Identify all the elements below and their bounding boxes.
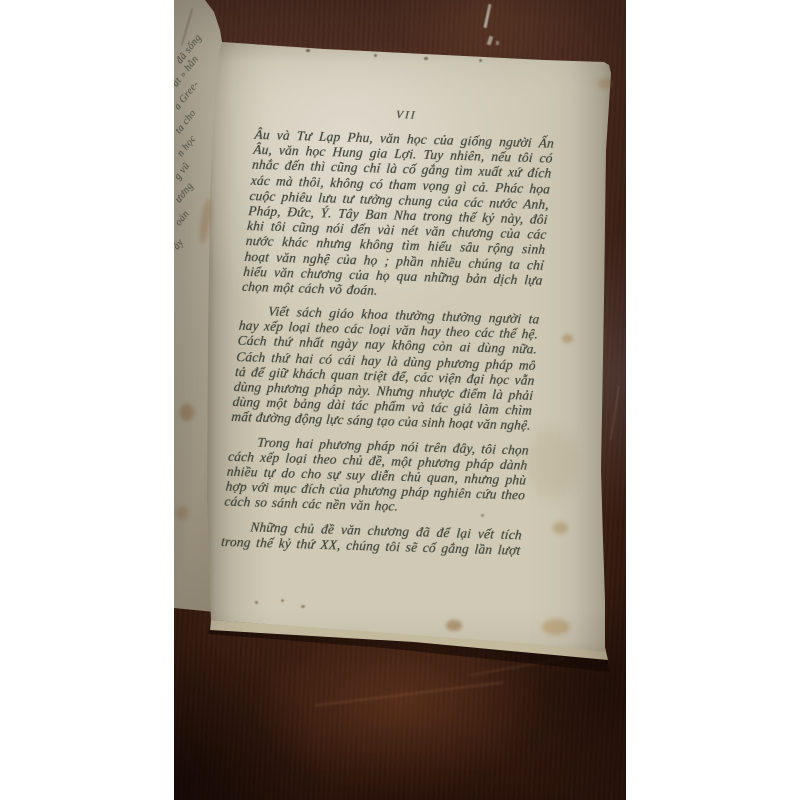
word: Trong (257, 434, 291, 450)
word: tham (388, 177, 417, 193)
page-number: VII (256, 104, 557, 127)
word: tôi (270, 219, 286, 235)
word: của (349, 267, 370, 283)
scratch-mark (487, 36, 494, 46)
word: đoán. (346, 282, 378, 298)
word: văn (273, 265, 294, 281)
word: cách (298, 280, 325, 296)
word: đây, (452, 440, 476, 456)
paragraph: Viếtsáchgiáokhoathườngthườngngườitahayxế… (231, 303, 540, 433)
word: suy (346, 467, 366, 483)
word: lực (325, 412, 344, 428)
word: trên (424, 439, 448, 455)
word: văn (395, 323, 416, 339)
word: vết (477, 526, 494, 542)
word: bản (465, 270, 487, 286)
word: Âu, (253, 142, 273, 158)
word: học (305, 144, 326, 160)
word: theo (445, 324, 470, 340)
word: nhưng (316, 235, 352, 251)
word: pháp (401, 484, 430, 500)
word: của (329, 482, 350, 498)
word: quan (330, 367, 359, 383)
word: dùng (232, 394, 261, 410)
word: Nhưng (376, 383, 414, 399)
word: văn (350, 498, 371, 514)
word: nữa. (512, 341, 538, 357)
word: để (250, 364, 264, 380)
scratch-mark (496, 41, 499, 45)
word: loại (368, 322, 391, 338)
word: hay (238, 318, 259, 334)
word: tìm (454, 163, 473, 179)
word: hiểu (427, 239, 452, 255)
word: phần (396, 253, 425, 269)
word: Phu, (347, 130, 374, 146)
word: đôi (529, 211, 548, 227)
word: thường (395, 308, 436, 324)
word: dùng (477, 340, 506, 356)
word: tạo (376, 414, 395, 430)
word: phẩm (374, 398, 406, 414)
word: của (438, 193, 459, 209)
word: họ (375, 268, 390, 284)
word: Những (250, 519, 288, 535)
word: tôi (385, 538, 401, 554)
word: phương (417, 454, 461, 470)
word: các (527, 226, 547, 242)
word: có (369, 176, 383, 192)
word: là (386, 353, 398, 369)
word: của (500, 226, 521, 242)
word: hai (295, 350, 314, 366)
word: hai (295, 435, 314, 451)
paragraph: ÂuvàTưLạpPhu,vănhọccủagiốngngườiẤnÂu,văn… (241, 127, 554, 303)
word: mất (231, 409, 253, 425)
word: phiêu (281, 189, 313, 205)
word: sáng (347, 413, 374, 429)
word: sách (296, 305, 323, 321)
word: phù (505, 472, 527, 488)
word: các (463, 194, 483, 210)
word: cả. (472, 179, 490, 195)
word: tác (430, 400, 448, 416)
word: của (433, 132, 454, 148)
word: khoa (361, 307, 389, 323)
word: loại (288, 320, 311, 336)
word: giả (454, 401, 473, 417)
word: pháp (314, 381, 343, 397)
word: ngày (330, 336, 358, 352)
word: gia (369, 146, 388, 162)
word: xếp (263, 319, 283, 335)
word: học. (374, 499, 399, 515)
word: Phác (494, 180, 524, 196)
word: để (436, 525, 450, 541)
text-block: VII ÂuvàTưLạpPhu,vănhọccủagiốngngườiẤnÂu… (220, 104, 556, 558)
word: không (391, 338, 426, 354)
word: quan, (426, 470, 458, 486)
word: tự (263, 465, 276, 481)
word: kỷ (481, 210, 495, 226)
word: dành (499, 457, 528, 473)
word: hợp (225, 479, 247, 495)
word: Lợi. (394, 146, 418, 162)
scratch-mark (610, 385, 621, 440)
word: cũng (292, 219, 320, 235)
word: tác (351, 398, 369, 414)
word: theo (315, 320, 340, 336)
word: Ý. (320, 205, 332, 221)
word: qua (396, 268, 418, 284)
word: Anh, (523, 196, 550, 212)
word: và (411, 399, 425, 415)
word: XX, (320, 536, 342, 552)
word: rộng (487, 240, 514, 256)
word: cố (402, 162, 416, 178)
word: pháp (485, 356, 514, 372)
word: sinh (521, 241, 545, 257)
word: những (424, 269, 460, 285)
word: chúng (346, 537, 381, 553)
word: để, (392, 368, 410, 384)
word: chìm (505, 402, 533, 418)
word: khác (281, 234, 308, 250)
word: chỉ (526, 257, 544, 273)
word: chỉ (363, 161, 381, 177)
word: đích (301, 481, 326, 497)
word: nước (489, 195, 518, 211)
word: hay (420, 324, 441, 340)
word: Tây (338, 206, 360, 222)
word: cứu (475, 486, 497, 502)
word: gì (455, 179, 467, 195)
word: của (336, 251, 357, 267)
word: phải (508, 387, 534, 403)
word: văn (340, 522, 361, 538)
word: cách (227, 449, 254, 465)
word: vọng (422, 178, 450, 194)
word: nhược (419, 384, 455, 400)
word: vài (377, 222, 395, 238)
photo-canvas: đã sốngất » hẳna Gree-ta chon họcg vũươn… (0, 0, 800, 800)
word: hệ. (521, 327, 539, 343)
word: thì (310, 159, 326, 175)
word: có (539, 151, 553, 167)
word: nhắc (251, 157, 279, 173)
word: so (254, 495, 268, 511)
book-photo: đã sốngất » hẳna Gree-ta chon họcg vũươn… (174, 0, 626, 800)
word: Cách (237, 333, 267, 349)
word: Viết (267, 304, 290, 320)
word: là (386, 161, 398, 177)
word: nghiên (433, 485, 472, 501)
word: văn (425, 223, 446, 239)
word: làm (478, 401, 500, 417)
word: và (276, 128, 290, 144)
word: trong (220, 533, 251, 549)
word: sánh (271, 496, 298, 512)
word: sự (327, 467, 341, 483)
word: giữ (269, 365, 289, 381)
word: võ (328, 281, 342, 297)
word: này. (348, 382, 372, 398)
word: tưởng (359, 191, 393, 207)
word: lượt (497, 542, 521, 558)
word: động (294, 411, 323, 427)
word: Âu (254, 127, 270, 143)
word: một (273, 280, 295, 296)
word: Lạp (318, 129, 341, 145)
word: một (391, 453, 413, 469)
word: không (359, 237, 394, 253)
word: tả (234, 364, 246, 380)
word: gắng (421, 162, 450, 178)
word: nhiều (226, 464, 258, 480)
word: thôi, (298, 174, 324, 190)
word: tư (342, 190, 355, 206)
word: đề (320, 521, 334, 537)
word: văn (275, 249, 296, 265)
word: các (344, 321, 364, 337)
word: cho (301, 466, 322, 482)
word: nhiều (430, 254, 462, 270)
word: văn (379, 131, 400, 147)
word: cũng (330, 160, 358, 176)
word: pháp (367, 438, 396, 454)
word: Ban (365, 206, 388, 222)
word: xác (250, 173, 270, 189)
word: diễn (370, 468, 395, 484)
word: Hung (332, 145, 364, 161)
word: chủ (400, 469, 421, 485)
word: chương (300, 265, 343, 281)
word: sâu (459, 240, 479, 256)
word: Tư (296, 128, 312, 144)
word: cố (422, 539, 436, 555)
word: viện (438, 370, 462, 386)
word: trong (422, 208, 453, 224)
word: nét (401, 223, 419, 239)
word: ai (459, 340, 471, 356)
word: cách (224, 494, 251, 510)
word: hiểu (243, 264, 268, 280)
word: Tuy (423, 147, 444, 163)
word: do (281, 465, 296, 481)
word: văn (476, 417, 497, 433)
word: thường (441, 309, 482, 325)
word: nước (245, 233, 274, 249)
word: theo (312, 451, 337, 467)
word: thế (458, 209, 476, 225)
word: dài (327, 397, 346, 413)
word: Ấn (538, 135, 554, 151)
word: Pháp, (248, 203, 282, 219)
word: lần (474, 541, 493, 557)
word: nhất (298, 335, 324, 351)
word: Đức, (287, 204, 315, 220)
scratch-mark (315, 681, 504, 706)
word: nghệ (302, 250, 330, 266)
word: đích (527, 166, 552, 182)
word: sẽ (405, 539, 418, 555)
word: tôi (517, 150, 533, 166)
paragraph: Tronghaiphươngphápnóitrênđây,tôichọncách… (224, 433, 530, 518)
word: ; (384, 253, 390, 268)
word: phương (437, 354, 481, 370)
word: người (499, 134, 533, 150)
word: nhiên, (450, 148, 485, 164)
word: mô (518, 357, 536, 373)
word: tôi (481, 441, 497, 457)
word: còn (432, 339, 453, 355)
word: xứ (507, 165, 522, 181)
word: mục (273, 480, 297, 496)
word: dịch (493, 271, 518, 287)
word: nói (400, 439, 419, 455)
word: với (251, 480, 270, 496)
word: phương (354, 483, 398, 499)
word: phương (319, 436, 363, 452)
word: đã (415, 524, 430, 540)
word: ta (528, 312, 540, 328)
word: ta (509, 256, 521, 272)
word: bảng (293, 396, 322, 412)
word: loại (285, 450, 308, 466)
word: nay (364, 337, 385, 353)
word: nền (325, 497, 346, 513)
word: thế (499, 326, 517, 342)
word: học (489, 371, 510, 387)
word: nhưng (464, 471, 500, 487)
word: xuất (478, 164, 503, 180)
word: gắng (441, 540, 470, 556)
word: một (266, 395, 288, 411)
word: thứ (273, 334, 293, 350)
word: pháp (466, 456, 495, 472)
word: chủ (294, 520, 315, 536)
word: đại (466, 371, 485, 387)
word: dùng (233, 379, 262, 395)
word: phương (266, 380, 310, 396)
word: giáo (329, 306, 355, 322)
word: tìm (401, 238, 420, 254)
word: các (474, 325, 494, 341)
word: thứ (296, 536, 316, 552)
word: điểm (459, 386, 487, 402)
word: đề, (368, 453, 386, 469)
word: chương (451, 224, 494, 240)
word: có (319, 351, 333, 367)
word: tích (500, 527, 522, 543)
word: đường (255, 410, 292, 426)
word: dùng (403, 353, 432, 369)
word: khách (292, 365, 326, 381)
word: chủ (342, 452, 363, 468)
scratch-mark (484, 4, 492, 28)
word: người (488, 310, 522, 326)
word: các (413, 369, 433, 385)
word: văn (278, 143, 299, 159)
word: xếp (260, 450, 280, 466)
word: hay (360, 352, 381, 368)
word: thứ (271, 350, 291, 366)
word: mà (275, 173, 293, 189)
word: giống (460, 133, 493, 149)
word: vẫn (514, 372, 535, 388)
word: kỷ (278, 535, 292, 551)
word: họ (363, 252, 378, 268)
word: chọn (501, 442, 529, 458)
word: hoạt (448, 416, 474, 432)
word: này, (500, 210, 524, 226)
book-page: VII ÂuvàTưLạpPhu,vănhọccủagiốngngườiẤnÂu… (204, 40, 616, 660)
word: họa (529, 181, 551, 197)
word: khi (246, 218, 264, 234)
word: lưu (318, 190, 338, 206)
word: nói (326, 220, 345, 236)
word: của (398, 414, 419, 430)
word: học (406, 132, 427, 148)
word: các (302, 496, 322, 512)
word: đến (284, 158, 305, 174)
word: thế (256, 535, 274, 551)
word: hoạt (244, 248, 270, 264)
word: chúng (468, 255, 503, 271)
word: nếu (491, 149, 512, 165)
word: cuộc (249, 188, 276, 204)
word: chọn (241, 279, 269, 295)
word: cái (338, 352, 356, 368)
word: chương (367, 523, 410, 539)
word: triệt (363, 368, 388, 384)
word: không (329, 175, 364, 191)
word: lại (456, 525, 472, 541)
word: Nha (393, 207, 417, 223)
word: lựa (524, 272, 544, 288)
word: nghệ. (500, 417, 532, 433)
word: chung (398, 192, 433, 208)
word: Cách (236, 349, 266, 365)
paragraph: Nhữngchủđềvănchươngđãđểlạivếttíchtrongth… (220, 518, 522, 557)
word: theo (501, 487, 526, 503)
word: là (492, 387, 504, 403)
word: đến (350, 221, 371, 237)
word: sinh (421, 415, 445, 431)
